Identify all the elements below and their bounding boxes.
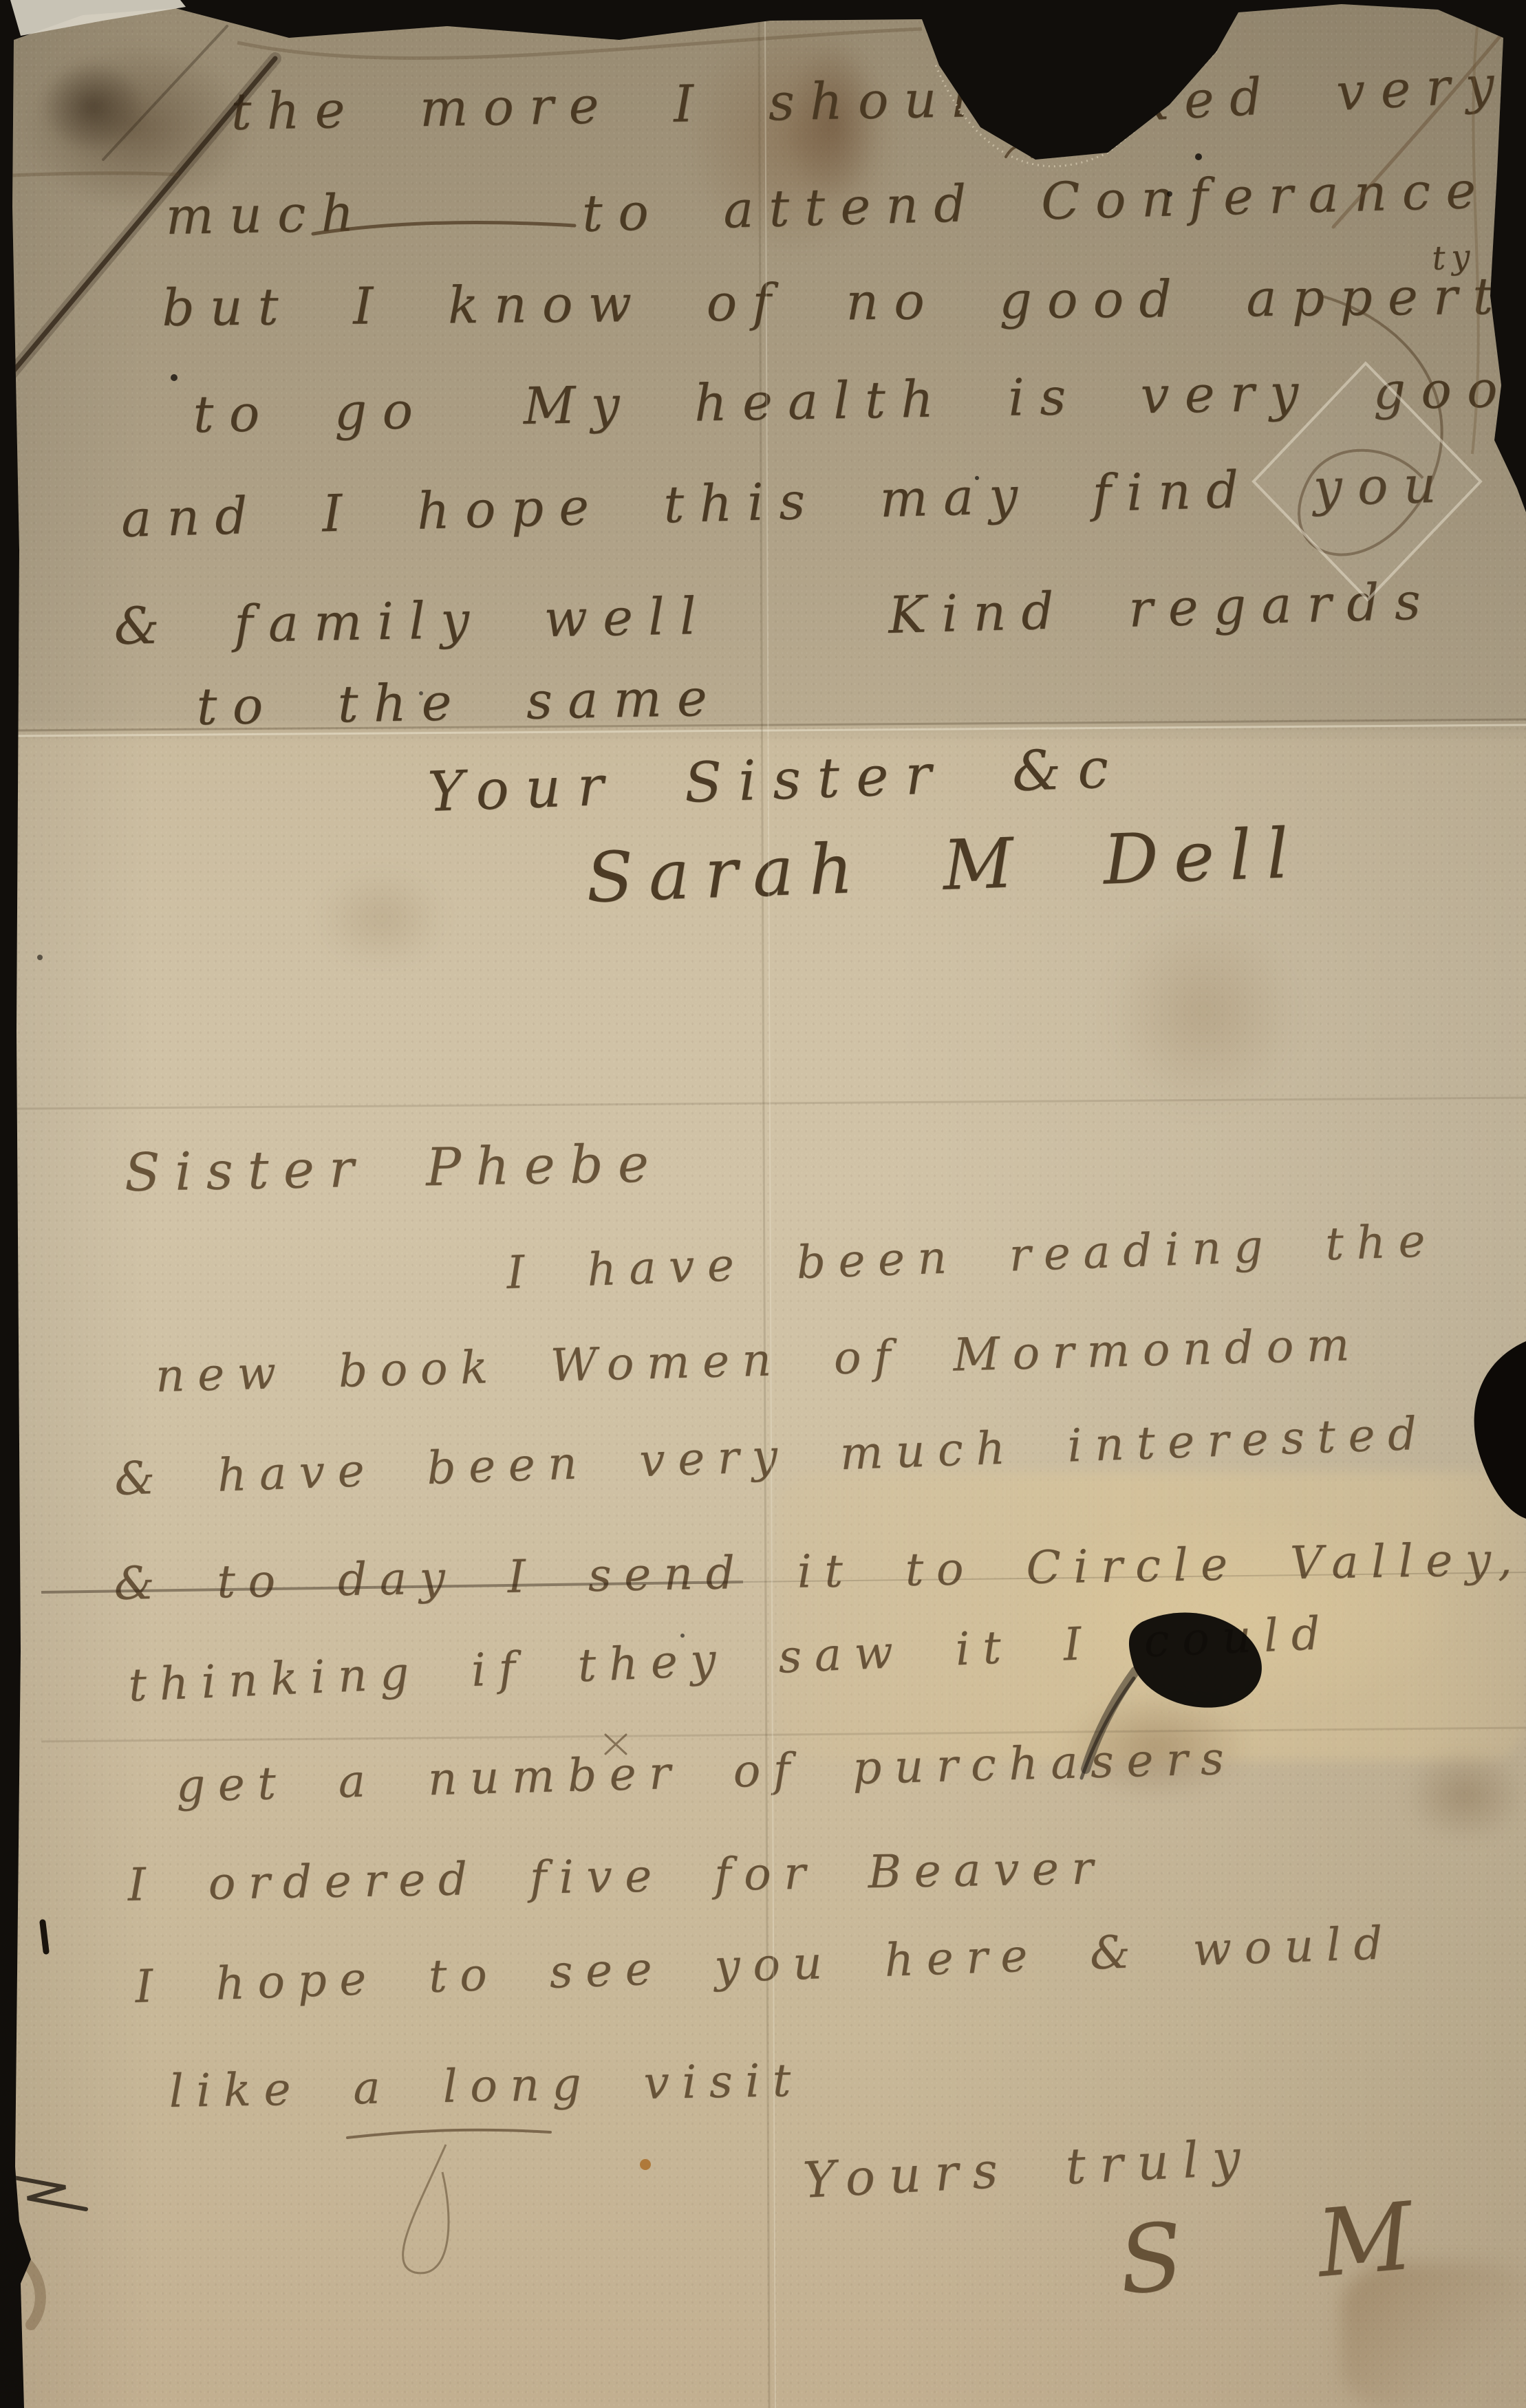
visit-descender-loop	[403, 2145, 449, 2273]
crease-2300-faint	[743, 1572, 1526, 1582]
crease-top-right	[1333, 24, 1510, 227]
speck	[975, 476, 979, 480]
left-edge-stain-low	[17, 2256, 41, 2325]
crease-faint-1600	[17, 1098, 1526, 1109]
speck	[419, 691, 423, 695]
speck	[568, 28, 574, 34]
letter1-inserted-word: have	[991, 26, 1096, 72]
speck	[680, 1634, 685, 1638]
speck	[1167, 191, 1172, 197]
caret-x-above-number	[605, 1735, 626, 1754]
fold-line-dark	[17, 719, 1526, 730]
fold-line-light	[17, 725, 1526, 736]
left-edge-tear	[10, 2177, 86, 2209]
crease-2520-faint	[41, 1728, 1526, 1742]
ink-blot	[1129, 1613, 1262, 1708]
margin-ink-tick	[43, 1922, 46, 1951]
vertical-fold-dark	[759, 21, 769, 2408]
orange-speck	[1507, 440, 1520, 452]
embossed-diamond	[1254, 363, 1481, 600]
crease-top-left	[10, 58, 275, 375]
visit-overline	[347, 2130, 550, 2138]
top-edge-shadow	[237, 29, 922, 58]
insertion-caret	[1006, 147, 1032, 157]
torn-notch-fibers	[936, 50, 1218, 166]
right-edge-hole	[1474, 1341, 1526, 1519]
crease-2300-dark	[41, 1582, 743, 1592]
speck	[1195, 153, 1202, 160]
creases-and-flourishes-overlay	[0, 0, 1526, 2408]
speck	[37, 955, 43, 960]
paper-sheet: the more I should have liked very much t…	[0, 0, 1526, 2408]
crease-top-left-horizontal	[12, 173, 179, 175]
crease-right-edge	[1472, 7, 1479, 454]
pen-dash-after-much	[313, 223, 574, 234]
speck	[171, 374, 178, 381]
letter-scan: the more I should have liked very much t…	[0, 0, 1526, 2408]
orange-speck	[640, 2159, 651, 2170]
